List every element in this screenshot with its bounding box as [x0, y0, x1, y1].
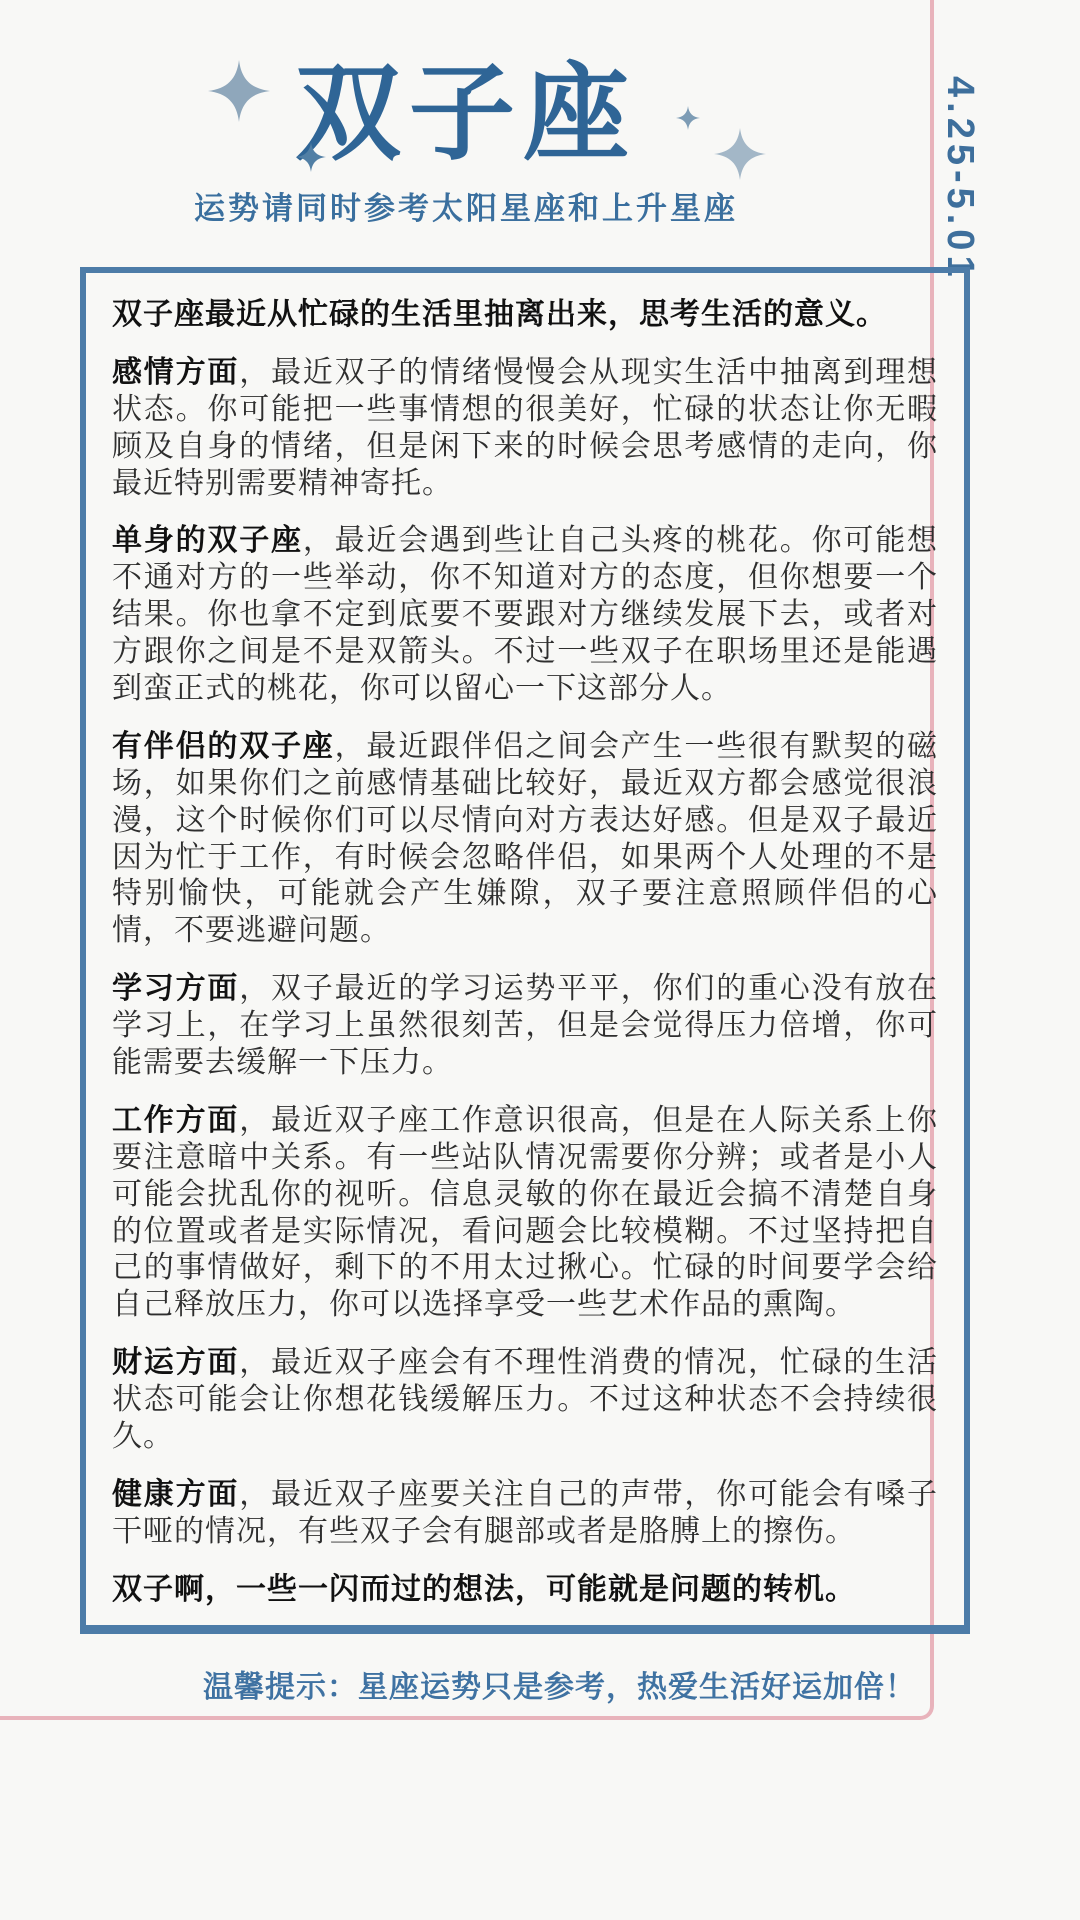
section-label: 感情方面 [112, 356, 239, 389]
section-partnered: 有伴侣的双子座，最近跟伴侣之间会产生一些很有默契的磁场，如果你们之前感情基础比较… [112, 729, 938, 950]
section-label: 学习方面 [112, 972, 239, 1005]
sparkle-icon [296, 142, 326, 172]
section-label: 有伴侣的双子座 [112, 730, 335, 763]
section-health: 健康方面，最近双子座要关注自己的声带，你可能会有嗓子干哑的情况，有些双子会有腿部… [112, 1477, 938, 1551]
date-range: 4.25-5.01 [938, 76, 981, 282]
section-love: 感情方面，最近双子的情绪慢慢会从现实生活中抽离到理想状态。你可能把一些事情想的很… [112, 355, 938, 503]
intro-line: 双子座最近从忙碌的生活里抽离出来，思考生活的意义。 [112, 297, 938, 334]
section-wealth: 财运方面，最近双子座会有不理性消费的情况，忙碌的生活状态可能会让你想花钱缓解压力… [112, 1345, 938, 1456]
poster-header: 双子座 运势请同时参考太阳星座和上升星座 [0, 0, 932, 228]
sparkle-icon [714, 128, 766, 180]
section-label: 财运方面 [112, 1346, 239, 1379]
section-label: 单身的双子座 [112, 524, 303, 557]
horoscope-content-box: 双子座最近从忙碌的生活里抽离出来，思考生活的意义。 感情方面，最近双子的情绪慢慢… [80, 267, 970, 1634]
section-label: 健康方面 [112, 1478, 239, 1511]
outro-line: 双子啊，一些一闪而过的想法，可能就是问题的转机。 [112, 1572, 938, 1609]
section-work: 工作方面，最近双子座工作意识很高，但是在人际关系上你要注意暗中关系。有一些站队情… [112, 1103, 938, 1324]
horoscope-poster: 4.25-5.01 双子座 运势请同时参考太阳星座和上升星座 双子座最近从忙碌的… [0, 0, 1080, 1920]
sparkle-icon [208, 60, 270, 122]
section-single: 单身的双子座，最近会遇到些让自己头疼的桃花。你可能想不通对方的一些举动，你不知道… [112, 523, 938, 707]
section-label: 工作方面 [112, 1104, 239, 1137]
page-subtitle: 运势请同时参考太阳星座和上升星座 [0, 183, 932, 228]
footer-tip: 温馨提示：星座运势只是参考，热爱生活好运加倍！ [0, 1662, 916, 1706]
section-study: 学习方面，双子最近的学习运势平平，你们的重心没有放在学习上，在学习上虽然很刻苦，… [112, 971, 938, 1082]
sparkle-icon [676, 106, 700, 130]
page-title: 双子座 [0, 0, 932, 181]
